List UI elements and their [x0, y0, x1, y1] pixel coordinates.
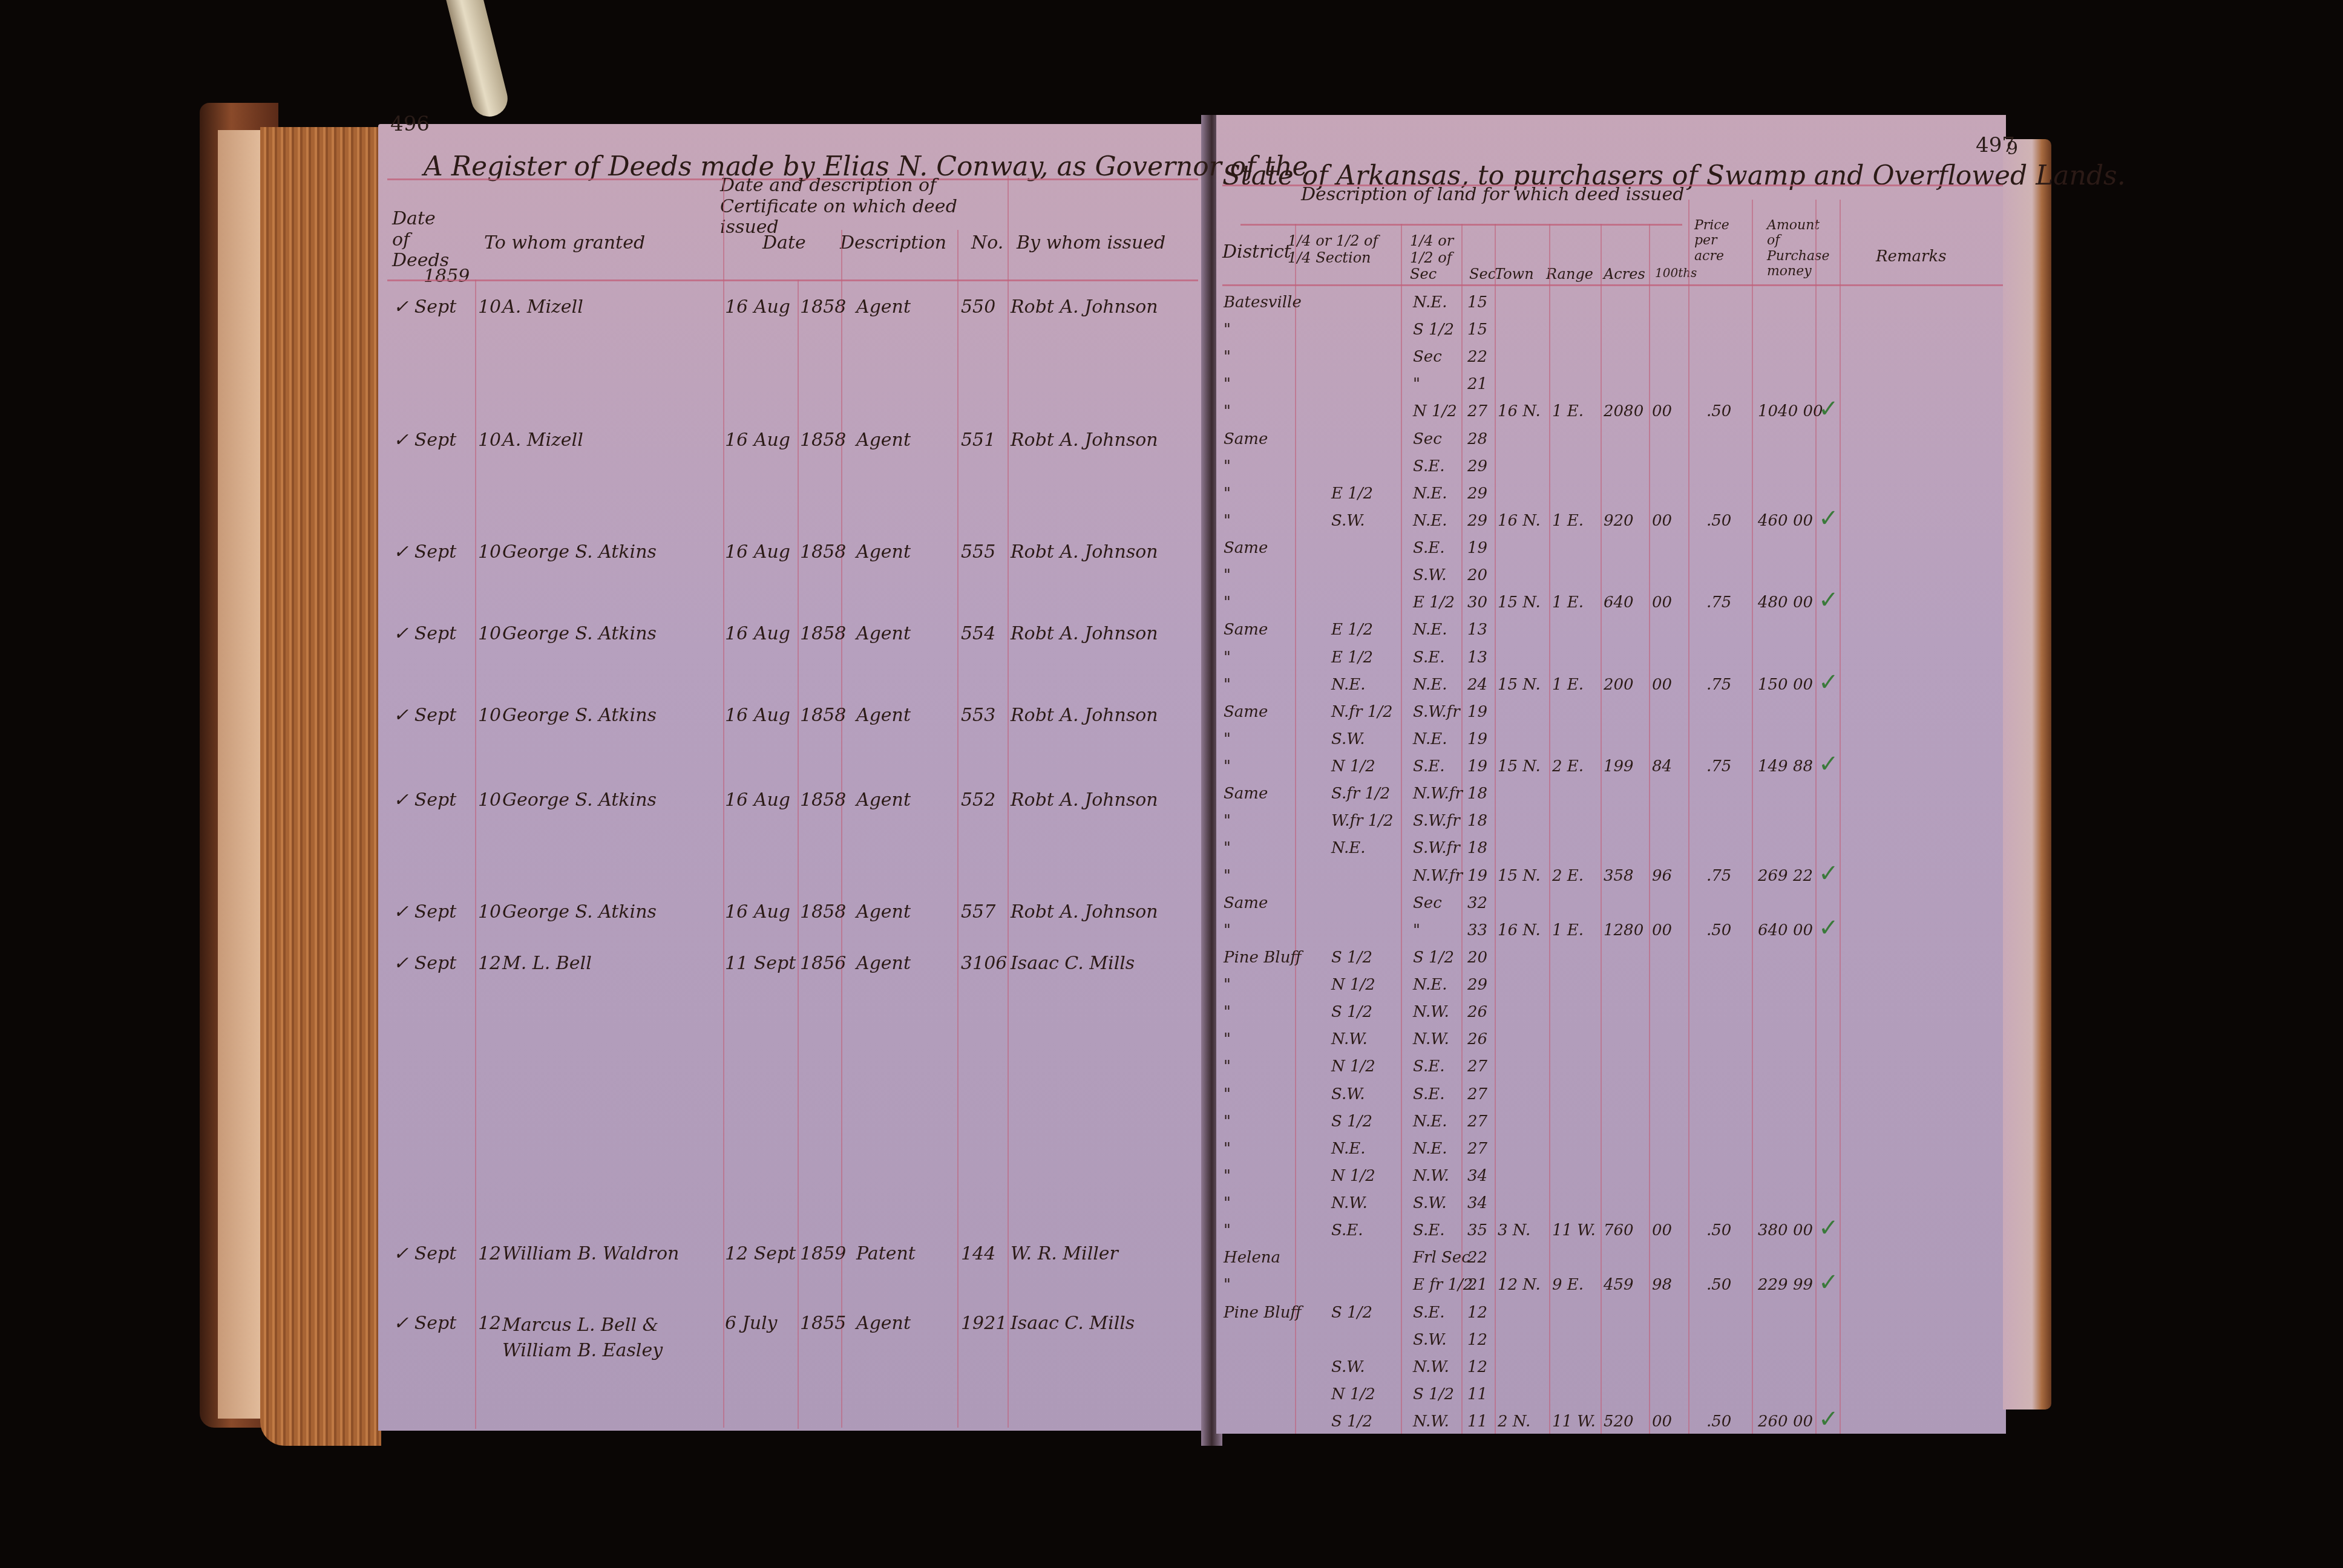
cert-description: Agent [856, 901, 911, 923]
quarter-of-quarter: S.W. [1331, 1085, 1365, 1103]
page-number-left: 496 [390, 112, 430, 136]
cert-year: 1858 [800, 705, 846, 726]
quarter-section: N.E. [1413, 730, 1447, 748]
cert-date-header: Date [762, 233, 806, 254]
section: 22 [1467, 348, 1487, 366]
quarter-section: Frl Sec [1413, 1249, 1470, 1267]
district: " [1224, 812, 1231, 830]
cert-number: 555 [961, 541, 995, 563]
deed-day: 10 [478, 296, 501, 318]
to-whom-granted-header: To whom granted [484, 233, 645, 254]
quarter-section: N.W. [1413, 1358, 1449, 1376]
page-edges-right: 9 [2003, 139, 2051, 1410]
section: 30 [1467, 593, 1487, 612]
section: 12 [1467, 1304, 1487, 1322]
section: 28 [1467, 430, 1487, 448]
hundredths-header: 100ths [1655, 266, 1697, 280]
district: " [1224, 730, 1231, 748]
deed-month: ✓ Sept [393, 901, 456, 923]
district: " [1224, 348, 1231, 366]
section: 19 [1467, 757, 1487, 776]
district-header: District [1222, 242, 1291, 263]
district: " [1224, 921, 1231, 939]
deed-month: ✓ Sept [393, 623, 456, 644]
quarter-section: N.E. [1413, 621, 1447, 639]
hundredths: 00 [1652, 512, 1672, 530]
range: 1 E. [1552, 593, 1584, 612]
district: " [1224, 867, 1231, 885]
district: Same [1224, 430, 1268, 448]
quarter-section: S.E. [1413, 1057, 1444, 1076]
quarter-section: N.E. [1413, 976, 1447, 994]
deed-month: ✓ Sept [393, 1313, 456, 1334]
range: 1 E. [1552, 512, 1584, 530]
section: 20 [1467, 949, 1487, 967]
cert-year: 1858 [800, 623, 846, 644]
acres: 199 [1604, 757, 1634, 776]
qtr-of-qtr-header: 1/4 or 1/2 of 1/4 Section [1288, 233, 1403, 266]
hundredths: 00 [1652, 593, 1672, 612]
issued-by: Robt A. Johnson [1011, 705, 1158, 726]
section: 26 [1467, 1030, 1487, 1048]
section: 21 [1467, 375, 1487, 393]
deed-month: ✓ Sept [393, 1243, 456, 1264]
cert-number: 552 [961, 789, 995, 811]
price-per-acre: .50 [1706, 921, 1731, 939]
quarter-of-quarter: N 1/2 [1331, 976, 1375, 994]
hundredths: 84 [1652, 757, 1672, 776]
quarter-of-quarter: N 1/2 [1331, 1167, 1375, 1185]
district: " [1224, 485, 1231, 503]
cert-description: Agent [856, 789, 911, 811]
district: " [1224, 1221, 1231, 1240]
district: Pine Bluff [1224, 1304, 1302, 1322]
district: " [1224, 648, 1231, 667]
purchase-amount: 229 99 [1758, 1276, 1813, 1294]
cert-year: 1856 [800, 953, 846, 974]
issued-by: Robt A. Johnson [1011, 541, 1158, 563]
deed-month: ✓ Sept [393, 296, 456, 318]
district: Same [1224, 785, 1268, 803]
quarter-section: N.W. [1413, 1030, 1449, 1048]
check-mark-icon: ✓ [1818, 914, 1839, 942]
acres: 200 [1604, 676, 1634, 694]
purchase-amount: 150 00 [1758, 676, 1813, 694]
grantee-name: George S. Atkins [502, 901, 657, 923]
cert-description-header: Description [840, 233, 946, 254]
section: 12 [1467, 1331, 1487, 1349]
grantee-name: George S. Atkins [502, 789, 657, 811]
year-header: 1859 [424, 266, 470, 287]
quarter-section: E fr 1/2 [1413, 1276, 1473, 1294]
district: " [1224, 1167, 1231, 1185]
issued-by: Isaac C. Mills [1011, 1313, 1135, 1334]
quarter-section: S.E. [1413, 1221, 1444, 1240]
deed-month: ✓ Sept [393, 789, 456, 811]
deed-day: 10 [478, 705, 501, 726]
quarter-of-quarter: N.E. [1331, 676, 1366, 694]
cert-description: Agent [856, 705, 911, 726]
check-mark-icon: ✓ [1818, 1269, 1839, 1296]
cert-description: Agent [856, 623, 911, 644]
ledger-page-left [378, 124, 1210, 1431]
cert-number: 144 [961, 1243, 995, 1264]
district: " [1224, 321, 1231, 339]
quarter-section: S 1/2 [1413, 321, 1454, 339]
section: 29 [1467, 457, 1487, 475]
section: 35 [1467, 1221, 1487, 1240]
purchase-amount: 480 00 [1758, 593, 1813, 612]
price-per-acre: .75 [1706, 593, 1731, 612]
issued-by: Isaac C. Mills [1011, 953, 1135, 974]
check-mark-icon: ✓ [1818, 668, 1839, 696]
cert-date: 16 Aug [725, 901, 790, 923]
purchase-amount: 1040 00 [1758, 402, 1823, 420]
acres: 760 [1604, 1221, 1634, 1240]
issued-by: Robt A. Johnson [1011, 430, 1158, 451]
grantee-name: William B. Waldron [502, 1243, 679, 1264]
section: 34 [1467, 1167, 1487, 1185]
district: " [1224, 1194, 1231, 1212]
price-per-acre: .50 [1706, 512, 1731, 530]
hundredths: 96 [1652, 867, 1672, 885]
quarter-of-quarter: E 1/2 [1331, 621, 1373, 639]
cert-number: 554 [961, 623, 995, 644]
section: 18 [1467, 812, 1487, 830]
section: 13 [1467, 648, 1487, 667]
district: " [1224, 1057, 1231, 1076]
section: 27 [1467, 1085, 1487, 1103]
district: Same [1224, 621, 1268, 639]
district: " [1224, 375, 1231, 393]
acres: 640 [1604, 593, 1634, 612]
purchase-amount: 260 00 [1758, 1413, 1813, 1431]
district: " [1224, 593, 1231, 612]
township: 2 N. [1498, 1413, 1530, 1431]
district: Same [1224, 539, 1268, 557]
land-group-header: Description of land for which deed issue… [1301, 185, 1684, 206]
purchase-amount: 380 00 [1758, 1221, 1813, 1240]
quarter-of-quarter: S 1/2 [1331, 1413, 1372, 1431]
district: Batesville [1224, 293, 1302, 312]
district: " [1224, 512, 1231, 530]
quarter-of-quarter: E 1/2 [1331, 485, 1373, 503]
district: " [1224, 1003, 1231, 1021]
purchase-amount: 640 00 [1758, 921, 1813, 939]
check-mark-icon: ✓ [1818, 1405, 1839, 1433]
check-mark-icon: ✓ [1818, 750, 1839, 778]
quarter-of-quarter: N 1/2 [1331, 1057, 1375, 1076]
cert-date: 11 Sept [725, 953, 796, 974]
check-mark-icon: ✓ [1818, 1214, 1839, 1242]
section: 12 [1467, 1358, 1487, 1376]
range: 1 E. [1552, 402, 1584, 420]
grantee-name: George S. Atkins [502, 623, 657, 644]
hundredths: 00 [1652, 1413, 1672, 1431]
section: 27 [1467, 1112, 1487, 1131]
township: 15 N. [1498, 757, 1541, 776]
cert-year: 1859 [800, 1243, 846, 1264]
cert-date: 16 Aug [725, 541, 790, 563]
price-per-acre: .75 [1706, 676, 1731, 694]
quarter-section: N.E. [1413, 1140, 1447, 1158]
acres: 1280 [1604, 921, 1643, 939]
section: 19 [1467, 539, 1487, 557]
township: 3 N. [1498, 1221, 1530, 1240]
acres: 2080 [1604, 402, 1643, 420]
cert-number: 553 [961, 705, 995, 726]
deed-day: 10 [478, 430, 501, 451]
cert-number: 1921 [961, 1313, 1007, 1334]
cert-year: 1855 [800, 1313, 846, 1334]
grantee-name: George S. Atkins [502, 541, 657, 563]
date-of-deeds-header: Date of Deeds [392, 209, 459, 272]
deed-month: ✓ Sept [393, 953, 456, 974]
district: Helena [1224, 1249, 1280, 1267]
township: 15 N. [1498, 676, 1541, 694]
grantee-name: George S. Atkins [502, 705, 657, 726]
deed-day: 12 [478, 1313, 501, 1334]
price-per-acre: .75 [1706, 757, 1731, 776]
quarter-section: S.W. [1413, 566, 1447, 584]
grantee-name: M. L. Bell [502, 953, 592, 974]
district: " [1224, 757, 1231, 776]
range: 1 E. [1552, 921, 1584, 939]
township: 15 N. [1498, 593, 1541, 612]
deed-month: ✓ Sept [393, 705, 456, 726]
hundredths: 00 [1652, 1221, 1672, 1240]
grantee-name: A. Mizell [502, 430, 583, 451]
district: " [1224, 1276, 1231, 1294]
section: 27 [1467, 1057, 1487, 1076]
section: 29 [1467, 976, 1487, 994]
page-edges-left [260, 127, 381, 1446]
issued-by: Robt A. Johnson [1011, 901, 1158, 923]
cert-date: 16 Aug [725, 705, 790, 726]
range: 9 E. [1552, 1276, 1584, 1294]
page-holder-spatula[interactable] [445, 0, 511, 120]
quarter-of-quarter: S 1/2 [1331, 1304, 1372, 1322]
cert-date: 16 Aug [725, 430, 790, 451]
section: 11 [1467, 1385, 1487, 1403]
cert-number: 550 [961, 296, 995, 318]
quarter-section: N.E. [1413, 485, 1447, 503]
hundredths: 00 [1652, 676, 1672, 694]
quarter-of-quarter: S 1/2 [1331, 1003, 1372, 1021]
quarter-section: S 1/2 [1413, 1385, 1454, 1403]
quarter-section: " [1413, 921, 1420, 939]
cert-date: 16 Aug [725, 789, 790, 811]
quarter-of-quarter: S.W. [1331, 730, 1365, 748]
quarter-of-quarter: N 1/2 [1331, 757, 1375, 776]
quarter-section: Sec [1413, 894, 1442, 912]
township: 15 N. [1498, 867, 1541, 885]
section: 13 [1467, 621, 1487, 639]
range-header: Range [1546, 266, 1593, 283]
section: 27 [1467, 1140, 1487, 1158]
cert-description: Agent [856, 430, 911, 451]
section: 22 [1467, 1249, 1487, 1267]
by-whom-issued-header: By whom issued [1017, 233, 1165, 254]
township: 12 N. [1498, 1276, 1541, 1294]
acres-header: Acres [1604, 266, 1645, 283]
section: 18 [1467, 839, 1487, 857]
deed-month: ✓ Sept [393, 430, 456, 451]
section: 20 [1467, 566, 1487, 584]
quarter-of-quarter: S.W. [1331, 512, 1365, 530]
cert-date: 16 Aug [725, 623, 790, 644]
deed-day: 10 [478, 789, 501, 811]
quarter-section: S.W. [1413, 1194, 1447, 1212]
quarter-section: Sec [1413, 430, 1442, 448]
deed-day: 12 [478, 953, 501, 974]
purchase-amount: 149 88 [1758, 757, 1813, 776]
cert-date: 6 July [725, 1313, 778, 1334]
quarter-of-quarter: N.fr 1/2 [1331, 703, 1393, 721]
cert-description: Agent [856, 541, 911, 563]
deed-day: 10 [478, 623, 501, 644]
district: " [1224, 457, 1231, 475]
section: 33 [1467, 921, 1487, 939]
quarter-of-quarter: N 1/2 [1331, 1385, 1375, 1403]
cert-year: 1858 [800, 430, 846, 451]
quarter-of-quarter: N.E. [1331, 1140, 1366, 1158]
sec-header: Sec [1469, 266, 1496, 283]
hundredths: 00 [1652, 402, 1672, 420]
section: 27 [1467, 402, 1487, 420]
district: " [1224, 566, 1231, 584]
quarter-of-quarter: S 1/2 [1331, 1112, 1372, 1131]
section: 32 [1467, 894, 1487, 912]
check-mark-icon: ✓ [1818, 586, 1839, 614]
section: 26 [1467, 1003, 1487, 1021]
cert-date: 16 Aug [725, 296, 790, 318]
section: 21 [1467, 1276, 1487, 1294]
township: 16 N. [1498, 402, 1541, 420]
quarter-section: N 1/2 [1413, 402, 1457, 420]
price-per-acre: .50 [1706, 1221, 1731, 1240]
section: 19 [1467, 730, 1487, 748]
town-header: Town [1495, 266, 1534, 283]
quarter-of-quarter: N.W. [1331, 1030, 1368, 1048]
check-mark-icon: ✓ [1818, 505, 1839, 532]
grantee-name: Marcus L. Bell & William B. Easley [502, 1313, 720, 1364]
range: 2 E. [1552, 867, 1584, 885]
remarks-header: Remarks [1876, 248, 1947, 266]
township: 16 N. [1498, 921, 1541, 939]
quarter-section: S.E. [1413, 457, 1444, 475]
price-per-acre: .50 [1706, 402, 1731, 420]
quarter-of-quarter: S.E. [1331, 1221, 1363, 1240]
quarter-section: N.W.fr [1413, 867, 1463, 885]
grantee-name: A. Mizell [502, 296, 583, 318]
issued-by: Robt A. Johnson [1011, 789, 1158, 811]
cert-number: 557 [961, 901, 995, 923]
issued-by: Robt A. Johnson [1011, 623, 1158, 644]
district: Same [1224, 703, 1268, 721]
amount-header: Amount of Purchase money [1767, 218, 1833, 279]
district: " [1224, 1140, 1231, 1158]
cert-description: Agent [856, 953, 911, 974]
district: " [1224, 676, 1231, 694]
range: 2 E. [1552, 757, 1584, 776]
district: Same [1224, 894, 1268, 912]
quarter-of-quarter: S 1/2 [1331, 949, 1372, 967]
cert-year: 1858 [800, 789, 846, 811]
quarter-section: N.E. [1413, 1112, 1447, 1131]
cert-description: Agent [856, 1313, 911, 1334]
acres: 520 [1604, 1413, 1634, 1431]
quarter-section: S.E. [1413, 1085, 1444, 1103]
quarter-section: S.W.fr [1413, 703, 1460, 721]
quarter-section: S.E. [1413, 1304, 1444, 1322]
cert-date: 12 Sept [725, 1243, 796, 1264]
range: 11 W. [1552, 1413, 1596, 1431]
quarter-section: S.E. [1413, 757, 1444, 776]
section: 34 [1467, 1194, 1487, 1212]
cert-year: 1858 [800, 901, 846, 923]
cert-year: 1858 [800, 541, 846, 563]
acres: 459 [1604, 1276, 1634, 1294]
cert-number: 3106 [961, 953, 1007, 974]
quarter-section: E 1/2 [1413, 593, 1455, 612]
cert-group-header: Date and description of Certificate on w… [720, 175, 1004, 238]
quarter-of-quarter: W.fr 1/2 [1331, 812, 1394, 830]
quarter-section: N.W.fr [1413, 785, 1463, 803]
quarter-section: N.W. [1413, 1003, 1449, 1021]
deed-day: 12 [478, 1243, 501, 1264]
section: 24 [1467, 676, 1487, 694]
issued-by: Robt A. Johnson [1011, 296, 1158, 318]
quarter-section: " [1413, 375, 1420, 393]
quarter-section: N.E. [1413, 512, 1447, 530]
page-number-right: 497 [1976, 133, 2015, 157]
purchase-amount: 269 22 [1758, 867, 1813, 885]
district: " [1224, 402, 1231, 420]
section: 15 [1467, 321, 1487, 339]
quarter-of-quarter: S.fr 1/2 [1331, 785, 1390, 803]
section: 19 [1467, 867, 1487, 885]
price-per-acre-header: Price per acre [1694, 218, 1743, 264]
section: 29 [1467, 485, 1487, 503]
hundredths: 00 [1652, 921, 1672, 939]
quarter-section: S.W. [1413, 1331, 1447, 1349]
district: Pine Bluff [1224, 949, 1302, 967]
cert-number: 551 [961, 430, 995, 451]
section: 29 [1467, 512, 1487, 530]
quarter-section: S.W.fr [1413, 812, 1460, 830]
cert-description: Patent [856, 1243, 916, 1264]
deed-day: 10 [478, 901, 501, 923]
quarter-section: S.W.fr [1413, 839, 1460, 857]
quarter-of-quarter: E 1/2 [1331, 648, 1373, 667]
range: 11 W. [1552, 1221, 1596, 1240]
price-per-acre: .50 [1706, 1276, 1731, 1294]
section: 19 [1467, 703, 1487, 721]
district: " [1224, 1112, 1231, 1131]
quarter-of-quarter: N.E. [1331, 839, 1366, 857]
township: 16 N. [1498, 512, 1541, 530]
quarter-of-quarter: S.W. [1331, 1358, 1365, 1376]
acres: 358 [1604, 867, 1634, 885]
price-per-acre: .50 [1706, 1413, 1731, 1431]
quarter-section: S 1/2 [1413, 949, 1454, 967]
quarter-section: Sec [1413, 348, 1442, 366]
purchase-amount: 460 00 [1758, 512, 1813, 530]
deed-month: ✓ Sept [393, 541, 456, 563]
cert-no-header: No. [971, 233, 1003, 254]
section: 11 [1467, 1413, 1487, 1431]
